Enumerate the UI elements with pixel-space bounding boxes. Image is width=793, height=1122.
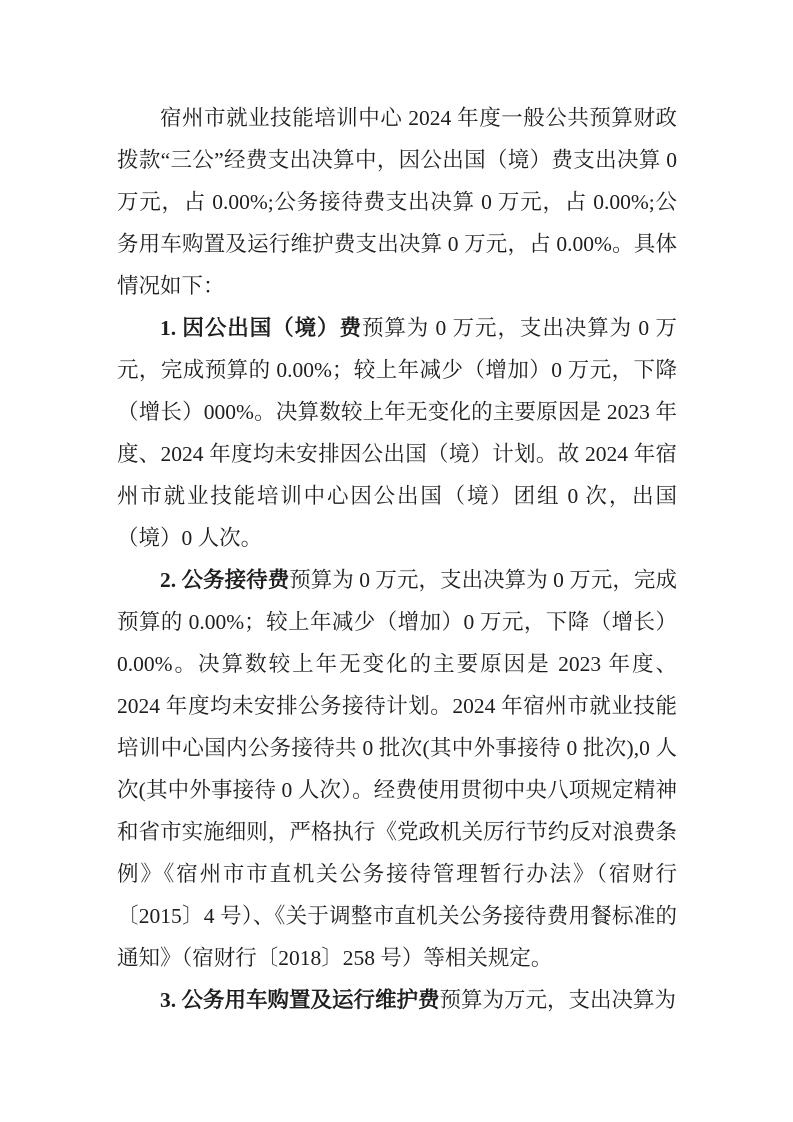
paragraph-text: 宿州市就业技能培训中心 2024 年度一般公共预算财政拨款“三公”经费支出决算中… [117,106,677,298]
paragraph-text: 预算为 0 万元，支出决算为 0 万元，完成预算的 0.00%；较上年减少（增加… [117,316,677,550]
paragraph-text: 预算为万元，支出决算为 [440,988,677,1012]
paragraph-item-2-official-reception: 2. 公务接待费预算为 0 万元，支出决算为 0 万元，完成预算的 0.00%；… [117,559,677,979]
paragraph-intro: 宿州市就业技能培训中心 2024 年度一般公共预算财政拨款“三公”经费支出决算中… [117,97,677,307]
paragraph-lead-label: 3. 公务用车购置及运行维护费 [160,988,440,1012]
paragraph-lead-label: 2. 公务接待费 [160,568,289,592]
paragraph-lead-label: 1. 因公出国（境）费 [160,316,362,340]
paragraph-text: 预算为 0 万元，支出决算为 0 万元，完成预算的 0.00%；较上年减少（增加… [117,568,677,970]
paragraph-item-1-outbound-visits: 1. 因公出国（境）费预算为 0 万元，支出决算为 0 万元，完成预算的 0.0… [117,307,677,559]
document-content: 宿州市就业技能培训中心 2024 年度一般公共预算财政拨款“三公”经费支出决算中… [117,97,677,1021]
document-page: 宿州市就业技能培训中心 2024 年度一般公共预算财政拨款“三公”经费支出决算中… [0,0,793,1122]
paragraph-item-3-official-vehicles: 3. 公务用车购置及运行维护费预算为万元，支出决算为 [117,979,677,1021]
